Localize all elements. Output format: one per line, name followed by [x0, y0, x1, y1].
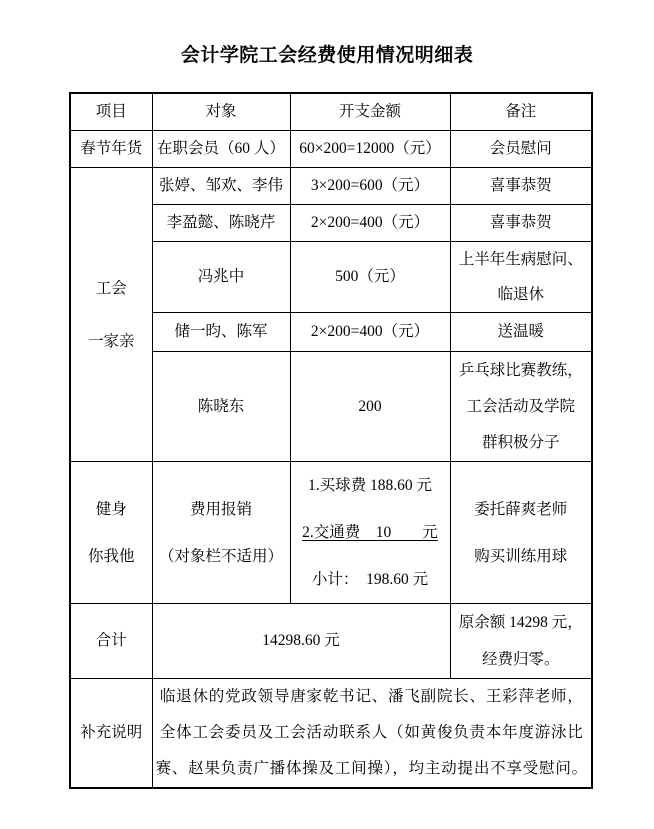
table-row-family-1: 工会 一家亲 张婷、邹欢、李伟 3×200=600（元） 喜事恭贺 [70, 168, 592, 205]
table-row-supplement: 补充说明 临退休的党政领导唐家乾书记、潘飞副院长、王彩萍老师， 全体工会委员及工… [70, 679, 592, 789]
total-note-line1: 原余额 14298 元， [451, 604, 592, 641]
cell-family2-amount: 2×200=400（元） [290, 205, 450, 242]
total-note-line2: 经费归零。 [451, 641, 592, 678]
expense-table: 项目 对象 开支金额 备注 春节年货 在职会员（60 人） 60×200=120… [69, 92, 593, 789]
cell-fitness-note: 委托薛爽老师 购买训练用球 [450, 462, 592, 604]
family5-note-line1: 乒乓球比赛教练， [451, 353, 592, 389]
table-row-fitness: 健身 你我他 费用报销 （对象栏不适用） 1.买球费 188.60 元 2.交通… [70, 462, 592, 604]
supplement-line1: 临退休的党政领导唐家乾书记、潘飞副院长、王彩萍老师， [153, 679, 592, 715]
cell-total-amount: 14298.60 元 [152, 604, 450, 679]
cell-family1-note: 喜事恭贺 [450, 168, 592, 205]
cell-family5-amount: 200 [290, 352, 450, 462]
fitness-amount-transport-fee: 2.交通费 10 元 [291, 509, 450, 556]
cell-spring-target: 在职会员（60 人） [152, 131, 290, 168]
cell-family1-amount: 3×200=600（元） [290, 168, 450, 205]
fitness-note-line2: 购买训练用球 [451, 533, 592, 580]
table-row-total: 合计 14298.60 元 原余额 14298 元， 经费归零。 [70, 604, 592, 679]
cell-family5-note: 乒乓球比赛教练， 工会活动及学院 群积极分子 [450, 352, 592, 462]
fitness-note-line1: 委托薛爽老师 [451, 486, 592, 533]
fitness-item-line2: 你我他 [71, 533, 152, 580]
group-family-label-line2: 一家亲 [71, 315, 152, 368]
fitness-target-line2: （对象栏不适用） [153, 533, 290, 580]
cell-family4-note: 送温暖 [450, 313, 592, 352]
cell-family2-target: 李盈懿、陈晓芹 [152, 205, 290, 242]
header-target: 对象 [152, 93, 290, 131]
page-title: 会计学院工会经费使用情况明细表 [0, 40, 654, 67]
family3-note-line1: 上半年生病慰问、 [451, 242, 592, 277]
fitness-item-line1: 健身 [71, 486, 152, 533]
supplement-line3: 赛、赵果负责广播体操及工间操），均主动提出不享受慰问。 [153, 751, 592, 787]
cell-total-item: 合计 [70, 604, 152, 679]
cell-fitness-amount: 1.买球费 188.60 元 2.交通费 10 元 小计： 198.60 元 [290, 462, 450, 604]
cell-family4-amount: 2×200=400（元） [290, 313, 450, 352]
family3-note-line2: 临退休 [451, 277, 592, 312]
group-family-label-line1: 工会 [71, 262, 152, 315]
cell-supplement-item: 补充说明 [70, 679, 152, 789]
cell-group-family-label: 工会 一家亲 [70, 168, 152, 462]
cell-family1-target: 张婷、邹欢、李伟 [152, 168, 290, 205]
header-amount: 开支金额 [290, 93, 450, 131]
cell-fitness-item: 健身 你我他 [70, 462, 152, 604]
table-row-spring: 春节年货 在职会员（60 人） 60×200=12000（元） 会员慰问 [70, 131, 592, 168]
cell-total-note: 原余额 14298 元， 经费归零。 [450, 604, 592, 679]
cell-family5-target: 陈晓东 [152, 352, 290, 462]
family5-note-line2: 工会活动及学院 [451, 389, 592, 425]
cell-family3-note: 上半年生病慰问、 临退休 [450, 242, 592, 313]
cell-family3-amount: 500（元） [290, 242, 450, 313]
header-item: 项目 [70, 93, 152, 131]
family5-note-line3: 群积极分子 [451, 425, 592, 461]
cell-spring-amount: 60×200=12000（元） [290, 131, 450, 168]
supplement-line2: 全体工会委员及工会活动联系人（如黄俊负责本年度游泳比 [153, 715, 592, 751]
cell-family3-target: 冯兆中 [152, 242, 290, 313]
cell-supplement-text: 临退休的党政领导唐家乾书记、潘飞副院长、王彩萍老师， 全体工会委员及工会活动联系… [152, 679, 592, 789]
document-page: 会计学院工会经费使用情况明细表 项目 对象 开支金额 备注 春节年货 在职会员（… [0, 0, 654, 829]
fitness-amount-subtotal: 小计： 198.60 元 [291, 556, 450, 603]
cell-family2-note: 喜事恭贺 [450, 205, 592, 242]
fitness-amount-ball-fee: 1.买球费 188.60 元 [291, 462, 450, 509]
fitness-target-line1: 费用报销 [153, 486, 290, 533]
header-note: 备注 [450, 93, 592, 131]
cell-fitness-target: 费用报销 （对象栏不适用） [152, 462, 290, 604]
cell-spring-item: 春节年货 [70, 131, 152, 168]
table-header-row: 项目 对象 开支金额 备注 [70, 93, 592, 131]
cell-spring-note: 会员慰问 [450, 131, 592, 168]
cell-family4-target: 储一昀、陈军 [152, 313, 290, 352]
